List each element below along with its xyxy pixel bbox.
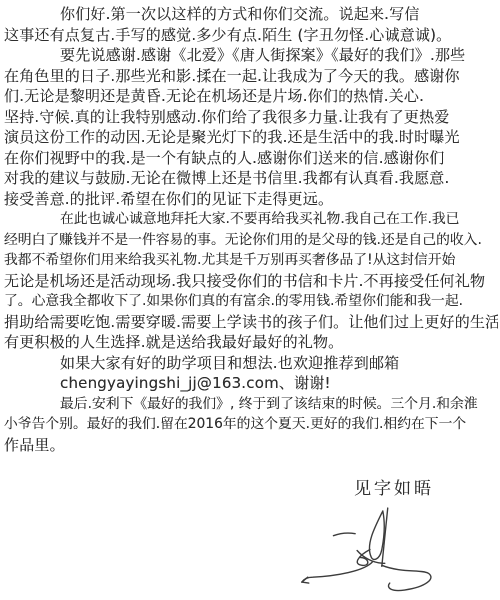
letter-line: 们.无论是黎明还是黄昏.无论在机场还是片场.你们的热情.关心. bbox=[4, 86, 498, 107]
letter-page: 你们好.第一次以这样的方式和你们交流。说起来.写信 这事还有点复古.手写的感觉.… bbox=[0, 0, 500, 600]
letter-line: 接受善意.的批评.希望在你们的见证下走得更远。 bbox=[4, 189, 498, 210]
letter-line: 无论是机场还是活动现场.我只接受你们的书信和卡片.不再接受任何礼物 bbox=[4, 271, 498, 292]
letter-line: 如果大家有好的助学项目和想法.也欢迎推荐到邮箱 bbox=[4, 353, 498, 374]
letter-line: 小爷告个别。最好的我们.留在2016年的这个夏天.更好的我们.相约在下一个 bbox=[4, 414, 498, 435]
letter-line: 有更积极的人生选择.就是送给我最好最好的礼物。 bbox=[4, 332, 498, 353]
letter-line: 你们好.第一次以这样的方式和你们交流。说起来.写信 bbox=[4, 4, 498, 25]
letter-line: 坚持.守候.真的让我特别感动.你们给了我很多力量.让我有了更热爱 bbox=[4, 107, 498, 128]
letter-line-email: chengyayingshi_jj@163.com、谢谢! bbox=[4, 373, 498, 394]
letter-line: 了。心意我全都收下了.如果你们真的有富余.的零用钱.希望你们能和我一起. bbox=[4, 291, 498, 312]
letter-line: 要先说感谢.感谢《北爱》《唐人街探案》《最好的我们》.那些 bbox=[4, 45, 498, 66]
letter-line: 经明白了赚钱并不是一件容易的事。无论你们用的是父母的钱.还是自己的收入. bbox=[4, 230, 498, 251]
letter-body: 你们好.第一次以这样的方式和你们交流。说起来.写信 这事还有点复古.手写的感觉.… bbox=[4, 4, 498, 455]
letter-line: 我都不希望你们用来给我买礼物.尤其是千万别再买奢侈品了!从这封信开始 bbox=[4, 250, 498, 271]
letter-line: 在你们视野中的我.是一个有缺点的人.感谢你们送来的信.感谢你们 bbox=[4, 148, 498, 169]
signature bbox=[288, 504, 446, 598]
letter-closing: 见字如晤 bbox=[354, 474, 434, 499]
letter-line: 最后.安利下《最好的我们》, 终于到了该结束的时候。三个月.和余淮 bbox=[4, 394, 498, 415]
letter-line: 在角色里的日子.那些光和影.揉在一起.让我成为了今天的我。感谢你 bbox=[4, 66, 498, 87]
letter-line: 在此也诚心诚意地拜托大家.不要再给我买礼物.我自己在工作.我已 bbox=[4, 209, 498, 230]
letter-line: 对我的建议与鼓励.无论在微博上还是书信里.我都有认真看.我愿意. bbox=[4, 168, 498, 189]
letter-line: 演员这份工作的动因.无论是聚光灯下的我.还是生活中的我.时时曝光 bbox=[4, 127, 498, 148]
letter-line: 这事还有点复古.手写的感觉.多少有点.陌生 (字丑勿怪.心诚意诚)。 bbox=[4, 25, 498, 46]
letter-line: 捐助给需要吃饱.需要穿暖.需要上学读书的孩子们。让他们过上更好的生活 bbox=[4, 312, 498, 333]
letter-line: 作品里。 bbox=[4, 435, 498, 456]
